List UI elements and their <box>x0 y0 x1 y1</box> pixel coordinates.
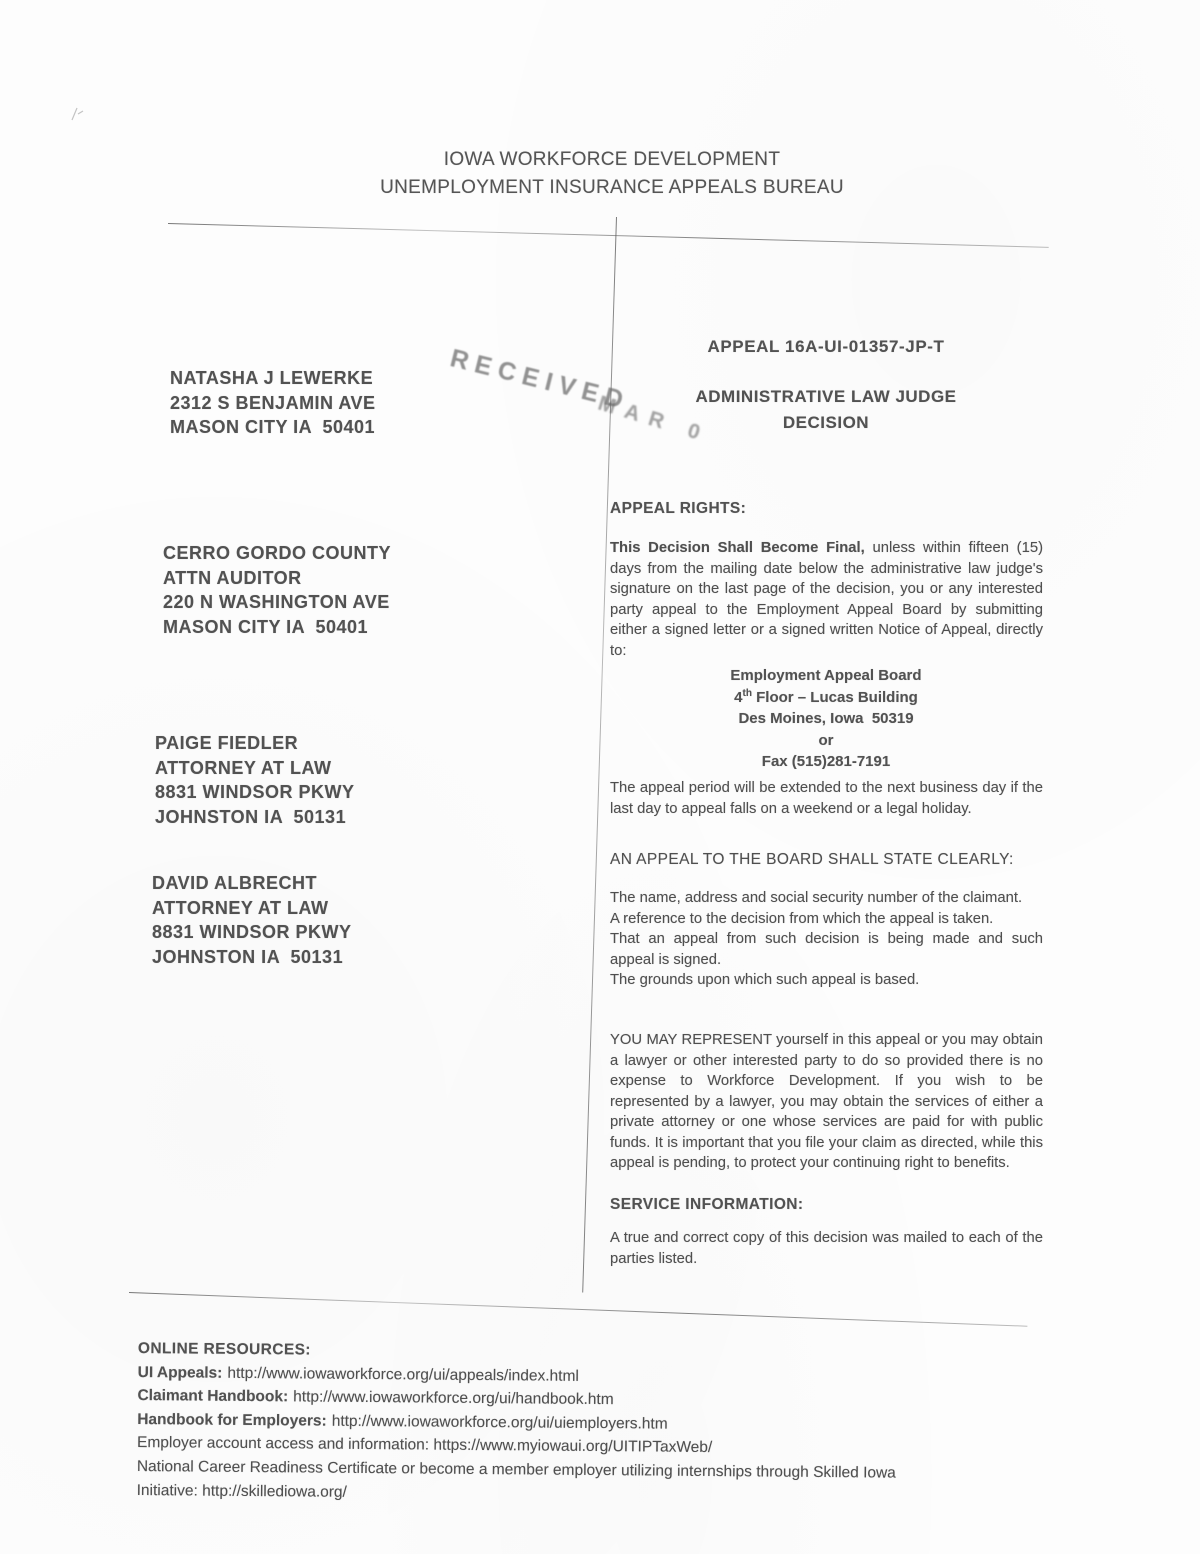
decision-title-line: DECISION <box>608 410 1044 436</box>
resource-label: UI Appeals: <box>138 1364 223 1382</box>
board-address-line: 4th Floor – Lucas Building <box>608 687 1044 709</box>
board-address-line: Employment Appeal Board <box>608 665 1044 687</box>
resource-label: Handbook for Employers: <box>137 1411 327 1430</box>
document-header: IOWA WORKFORCE DEVELOPMENT UNEMPLOYMENT … <box>0 146 1200 201</box>
scanned-document-page: IOWA WORKFORCE DEVELOPMENT UNEMPLOYMENT … <box>0 0 1200 1554</box>
decision-title-line: ADMINISTRATIVE LAW JUDGE <box>608 384 1044 410</box>
resource-url: http://www.iowaworkforce.org/ui/handbook… <box>293 1389 614 1409</box>
address-line: 2312 S BENJAMIN AVE <box>170 391 376 416</box>
service-information-text: A true and correct copy of this decision… <box>610 1228 1043 1269</box>
decision-final-rest: unless within fifteen (15) days from the… <box>610 540 1043 659</box>
requirement-item: The name, address and social security nu… <box>610 888 1043 909</box>
address-line: 8831 WINDSOR PKWY <box>152 920 352 945</box>
bureau-subtitle: UNEMPLOYMENT INSURANCE APPEALS BUREAU <box>24 174 1200 202</box>
board-address-line: or <box>608 730 1044 752</box>
recipient-address-employer: CERRO GORDO COUNTY ATTN AUDITOR 220 N WA… <box>163 541 391 639</box>
address-line: PAIGE FIEDLER <box>155 731 355 756</box>
board-address-line: Fax (515)281-7191 <box>608 751 1044 773</box>
appeal-number: APPEAL 16A-UI-01357-JP-T <box>608 337 1044 357</box>
representation-text: YOU MAY REPRESENT yourself in this appea… <box>610 1030 1043 1174</box>
recipient-address-attorney-1: PAIGE FIEDLER ATTORNEY AT LAW 8831 WINDS… <box>155 731 355 829</box>
address-line: 8831 WINDSOR PKWY <box>155 780 355 805</box>
footer-rule <box>129 1292 1027 1327</box>
representation-paragraph: YOU MAY REPRESENT yourself in this appea… <box>610 1030 1043 1174</box>
requirement-item: That an appeal from such decision is bei… <box>610 929 1043 970</box>
appeal-extension-note: The appeal period will be extended to th… <box>610 778 1043 819</box>
recipient-address-attorney-2: DAVID ALBRECHT ATTORNEY AT LAW 8831 WIND… <box>152 871 352 969</box>
requirement-item: A reference to the decision from which t… <box>610 909 1043 930</box>
address-line: NATASHA J LEWERKE <box>170 366 376 391</box>
agency-title: IOWA WORKFORCE DEVELOPMENT <box>24 146 1200 174</box>
decision-final-bold: This Decision Shall Become Final, <box>610 540 865 556</box>
address-line: ATTORNEY AT LAW <box>155 756 355 781</box>
service-information-body: A true and correct copy of this decision… <box>610 1228 1043 1269</box>
address-line: 220 N WASHINGTON AVE <box>163 590 391 615</box>
floor-ordinal: th <box>743 688 752 699</box>
online-resources: ONLINE RESOURCES: UI Appeals:http://www.… <box>137 1337 1068 1510</box>
address-line: JOHNSTON IA 50131 <box>152 945 352 970</box>
recipient-address-claimant: NATASHA J LEWERKE 2312 S BENJAMIN AVE MA… <box>170 366 376 440</box>
decision-final-text: This Decision Shall Become Final, unless… <box>610 538 1043 661</box>
resource-url: https://www.myiowaui.org/UITIPTaxWeb/ <box>433 1437 712 1456</box>
appeal-rights-paragraph: This Decision Shall Become Final, unless… <box>610 538 1043 661</box>
address-line: JOHNSTON IA 50131 <box>155 805 355 830</box>
pencil-mark <box>68 100 94 126</box>
address-line: DAVID ALBRECHT <box>152 871 352 896</box>
board-requirements-heading: AN APPEAL TO THE BOARD SHALL STATE CLEAR… <box>610 851 1043 869</box>
resource-url: http://www.iowaworkforce.org/ui/uiemploy… <box>332 1412 668 1432</box>
address-line: MASON CITY IA 50401 <box>163 615 391 640</box>
address-line: MASON CITY IA 50401 <box>170 415 376 440</box>
address-line: CERRO GORDO COUNTY <box>163 541 391 566</box>
resource-label: Claimant Handbook: <box>137 1387 288 1405</box>
address-line: ATTN AUDITOR <box>163 566 391 591</box>
board-requirements-list: The name, address and social security nu… <box>610 888 1043 991</box>
initiative-url: http://skillediowa.org/ <box>202 1482 347 1500</box>
board-address-line: Des Moines, Iowa 50319 <box>608 708 1044 730</box>
service-information-heading: SERVICE INFORMATION: <box>610 1196 1043 1214</box>
resource-label: Employer account access and information: <box>137 1434 429 1454</box>
header-rule <box>168 223 1049 248</box>
initiative-label: Initiative: <box>137 1482 198 1500</box>
employment-appeal-board-address: Employment Appeal Board 4th Floor – Luca… <box>608 665 1044 773</box>
resource-url: http://www.iowaworkforce.org/ui/appeals/… <box>227 1364 579 1384</box>
requirement-item: The grounds upon which such appeal is ba… <box>610 970 1043 991</box>
decision-title: ADMINISTRATIVE LAW JUDGE DECISION <box>608 384 1044 435</box>
extension-note-text: The appeal period will be extended to th… <box>610 778 1043 819</box>
floor-number: 4 <box>734 689 742 706</box>
floor-rest: Floor – Lucas Building <box>752 689 918 706</box>
address-line: ATTORNEY AT LAW <box>152 896 352 921</box>
appeal-rights-heading: APPEAL RIGHTS: <box>610 500 1043 518</box>
